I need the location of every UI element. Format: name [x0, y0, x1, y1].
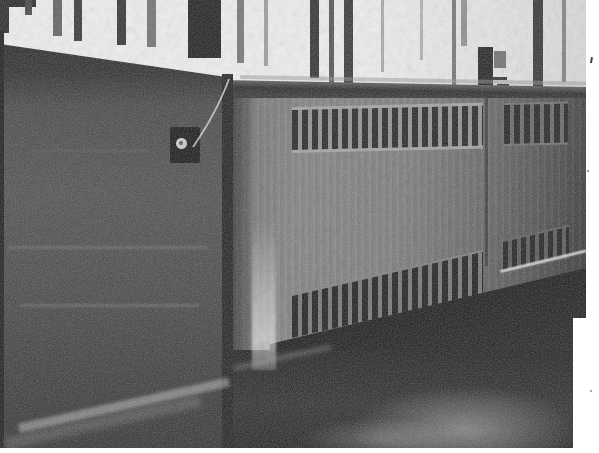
photograph-baseboard-heater: [0, 0, 586, 448]
heater-section-seam: [485, 98, 488, 266]
margin-speck: [590, 57, 593, 63]
left-end-panel-edge-trim: [222, 74, 233, 448]
photo-corner-wedge: [573, 318, 586, 448]
left-end-panel: [0, 44, 233, 448]
thermostat-knob-dot: [179, 141, 183, 145]
photo-top-edge-mark: [0, 0, 36, 7]
heater-corner-highlight: [252, 220, 276, 370]
margin-speck: [590, 390, 592, 392]
margin-speck: [587, 170, 589, 172]
scanned-photo-page: [0, 0, 599, 453]
sill-control-side-panel: [494, 51, 506, 68]
photo-left-border: [0, 30, 4, 448]
